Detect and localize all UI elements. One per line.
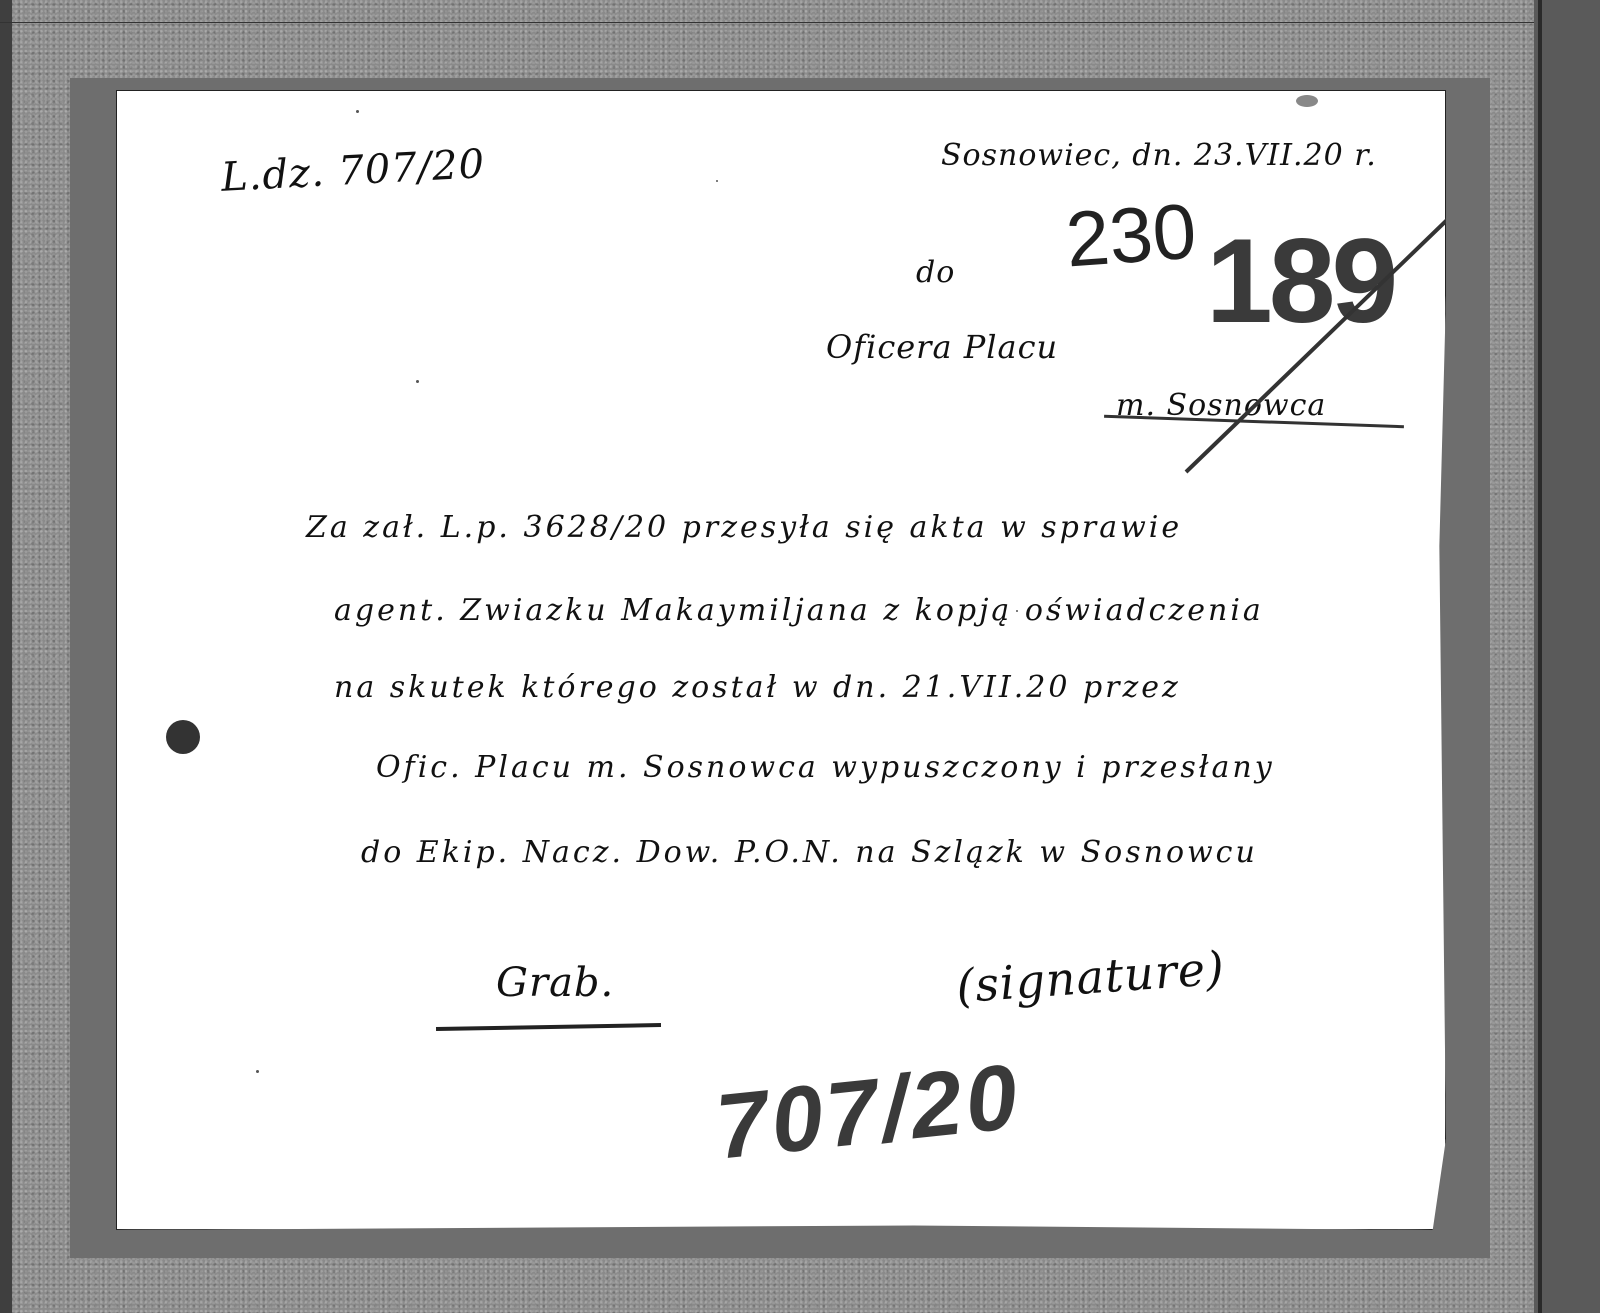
- body-line: Ofic. Placu m. Sosnowca wypuszczony i pr…: [376, 750, 1275, 785]
- signature: (signature): [954, 941, 1226, 1014]
- paper-speck: [416, 380, 419, 383]
- closing-left: Grab.: [496, 960, 614, 1006]
- paper-stain: [1296, 95, 1318, 107]
- paper-speck: [1016, 610, 1018, 612]
- place-date: Sosnowiec, dn. 23.VII.20 r.: [941, 138, 1377, 173]
- recipient-line-1: Oficera Placu: [826, 328, 1058, 366]
- archive-number-upper: 230: [1063, 186, 1199, 286]
- body-line: na skutek którego został w dn. 21.VII.20…: [334, 670, 1181, 705]
- paper-speck: [256, 1070, 259, 1073]
- document-paper: L.dz. 707/20 Sosnowiec, dn. 23.VII.20 r.…: [116, 90, 1446, 1230]
- archive-number-large: 189: [1206, 212, 1394, 350]
- body-line: Za zał. L.p. 3628/20 przesyła się akta w…: [306, 510, 1182, 545]
- scan-right-border: [1534, 0, 1600, 1313]
- scan-left-border: [0, 0, 12, 1313]
- scan-right-edge: [1538, 0, 1542, 1313]
- salutation: do: [916, 255, 955, 290]
- stamp-number: 707/20: [711, 1044, 1026, 1180]
- body-line: do Ekip. Nacz. Dow. P.O.N. na Szlązk w S…: [361, 835, 1258, 870]
- reference-number: L.dz. 707/20: [220, 141, 486, 201]
- punch-hole-icon: [166, 720, 200, 754]
- paper-speck: [716, 180, 718, 182]
- scan-rule-line: [0, 22, 1600, 23]
- body-line: agent. Zwiazku Makaymiljana z kopją oświ…: [334, 593, 1264, 628]
- paper-speck: [356, 110, 359, 113]
- closing-underline: [436, 1023, 661, 1031]
